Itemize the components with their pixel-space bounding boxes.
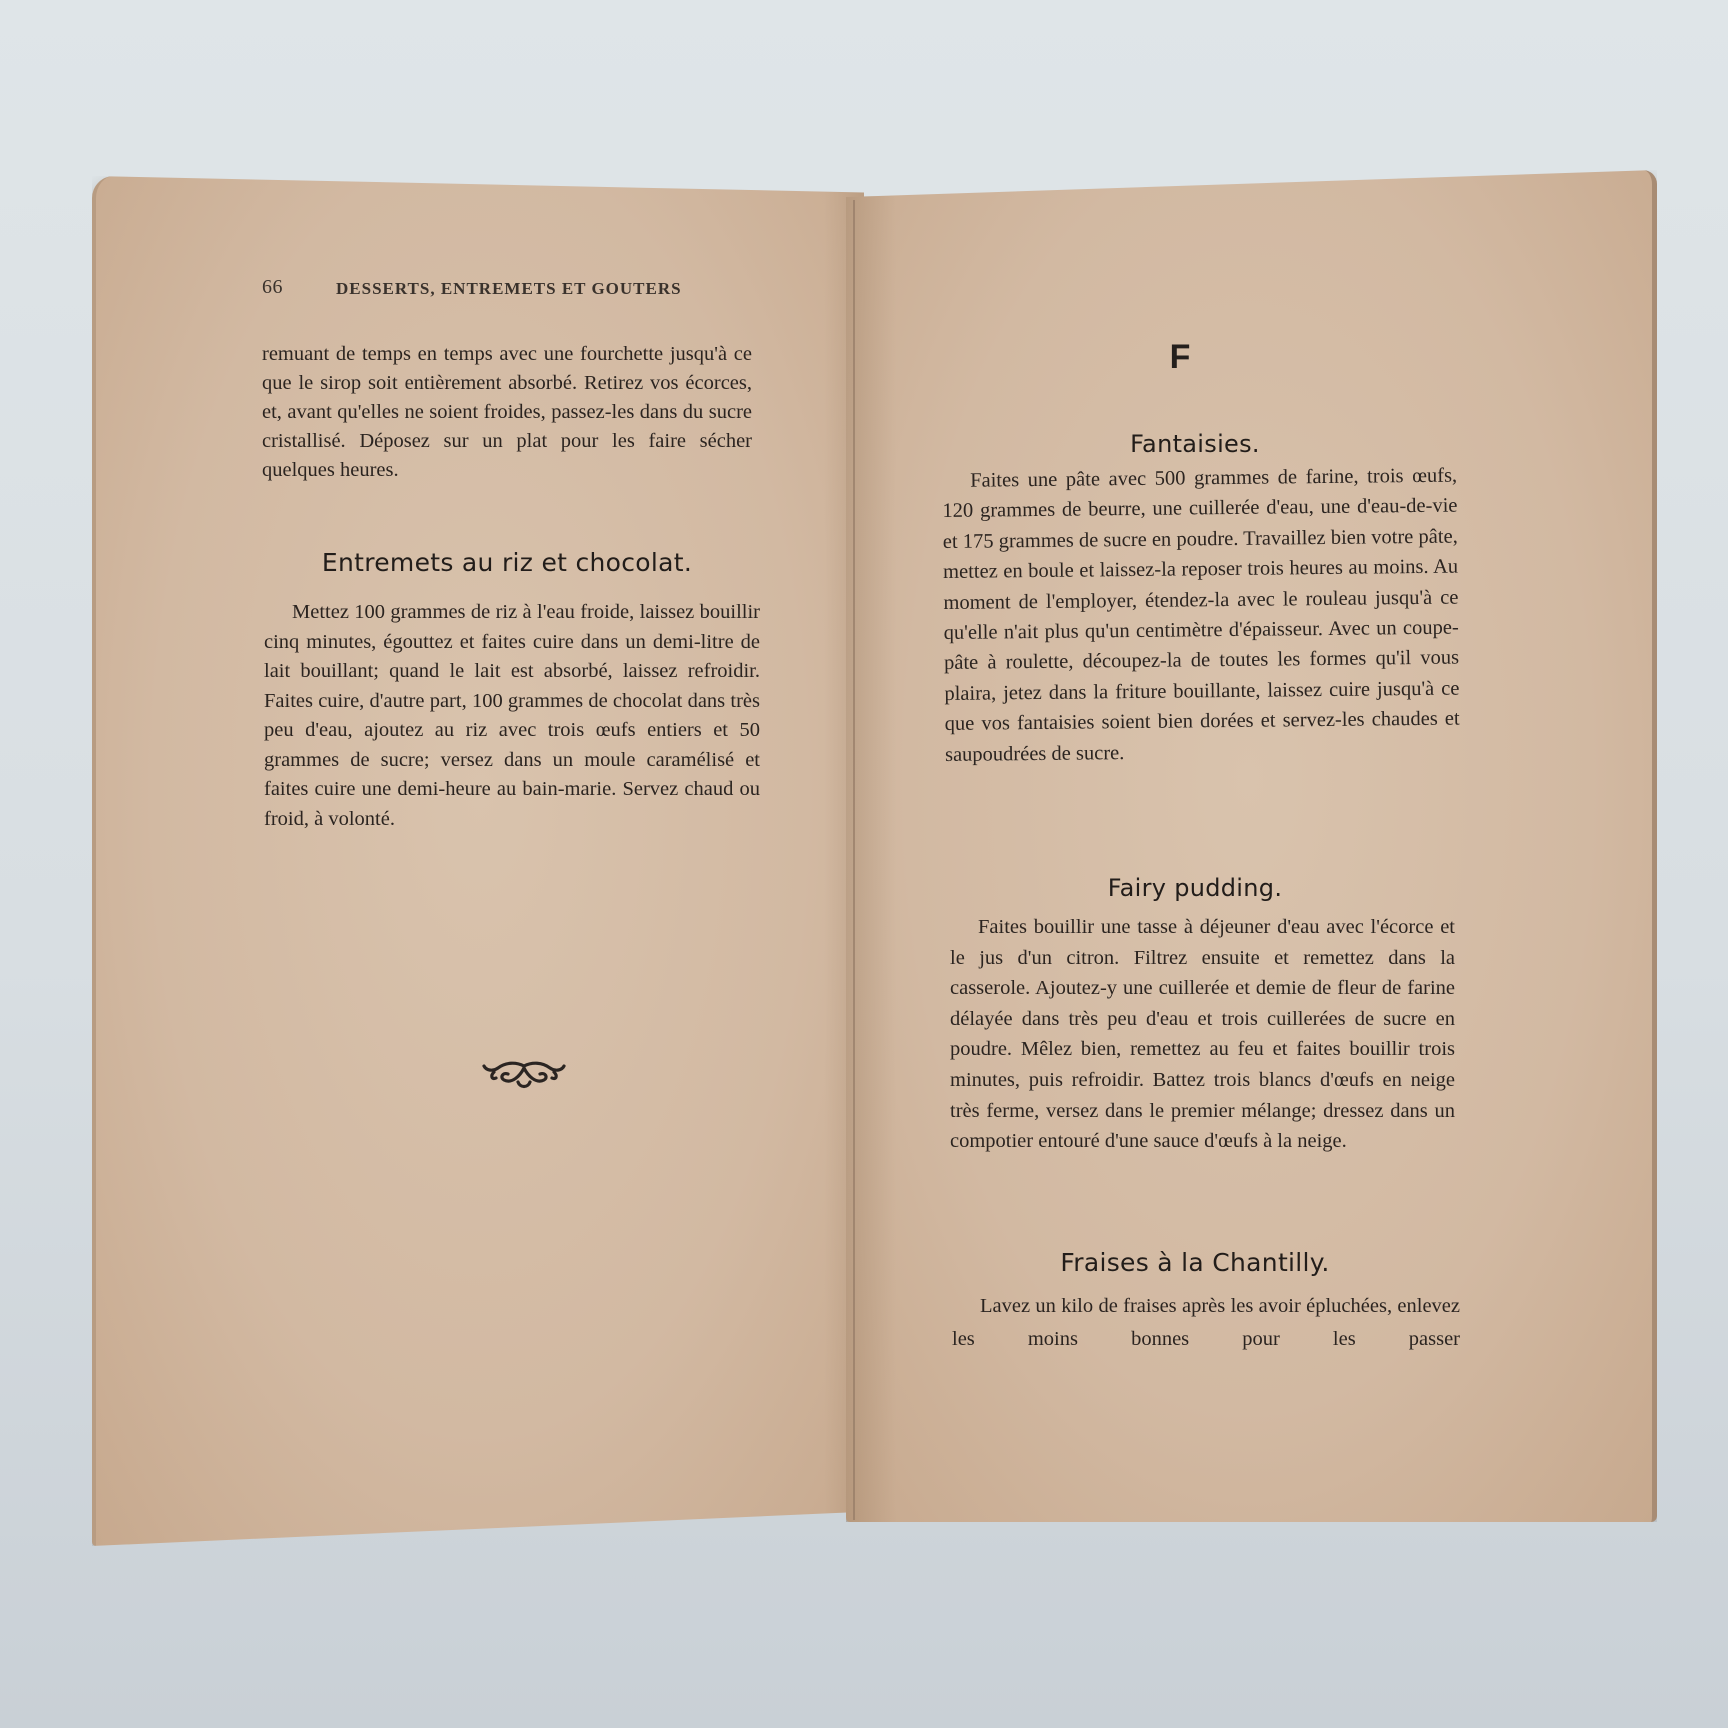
recipe-text-fantaisies: Faites une pâte avec 500 grammes de fari… bbox=[942, 461, 1460, 770]
recipe-text-fraises: Lavez un kilo de fraises après les avoir… bbox=[952, 1290, 1460, 1356]
fleuron-ornament-icon bbox=[480, 1058, 568, 1092]
recipe-text-fairy-pudding: Faites bouillir une tasse à déjeuner d'e… bbox=[950, 912, 1455, 1157]
recipe-title-fraises: Fraises à la Chantilly. bbox=[945, 1248, 1445, 1277]
continuation-paragraph: remuant de temps en temps avec une fourc… bbox=[262, 340, 752, 485]
running-header: 66 DESSERTS, ENTREMETS ET GOUTERS bbox=[262, 276, 782, 299]
running-head-title: DESSERTS, ENTREMETS ET GOUTERS bbox=[336, 279, 682, 299]
recipe-title-fairy-pudding: Fairy pudding. bbox=[945, 874, 1445, 902]
section-letter: F bbox=[1160, 338, 1200, 377]
page-number: 66 bbox=[262, 276, 283, 298]
recipe-title-fantaisies: Fantaisies. bbox=[945, 430, 1445, 458]
recipe-title-entremets: Entremets au riz et chocolat. bbox=[262, 548, 752, 577]
recipe-text-entremets: Mettez 100 grammes de riz à l'eau froide… bbox=[264, 598, 760, 834]
book-gutter bbox=[853, 200, 855, 1520]
